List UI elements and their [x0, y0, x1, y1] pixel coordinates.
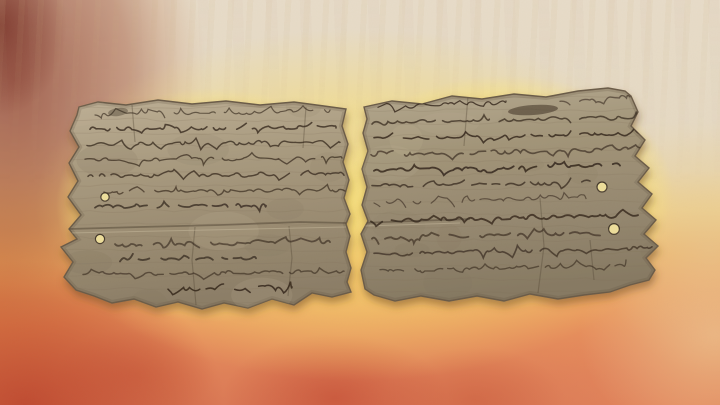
photo-scene: [0, 0, 720, 405]
wooden-tablets-illustration: [0, 0, 720, 405]
paint-noise-overlay: [0, 0, 720, 405]
